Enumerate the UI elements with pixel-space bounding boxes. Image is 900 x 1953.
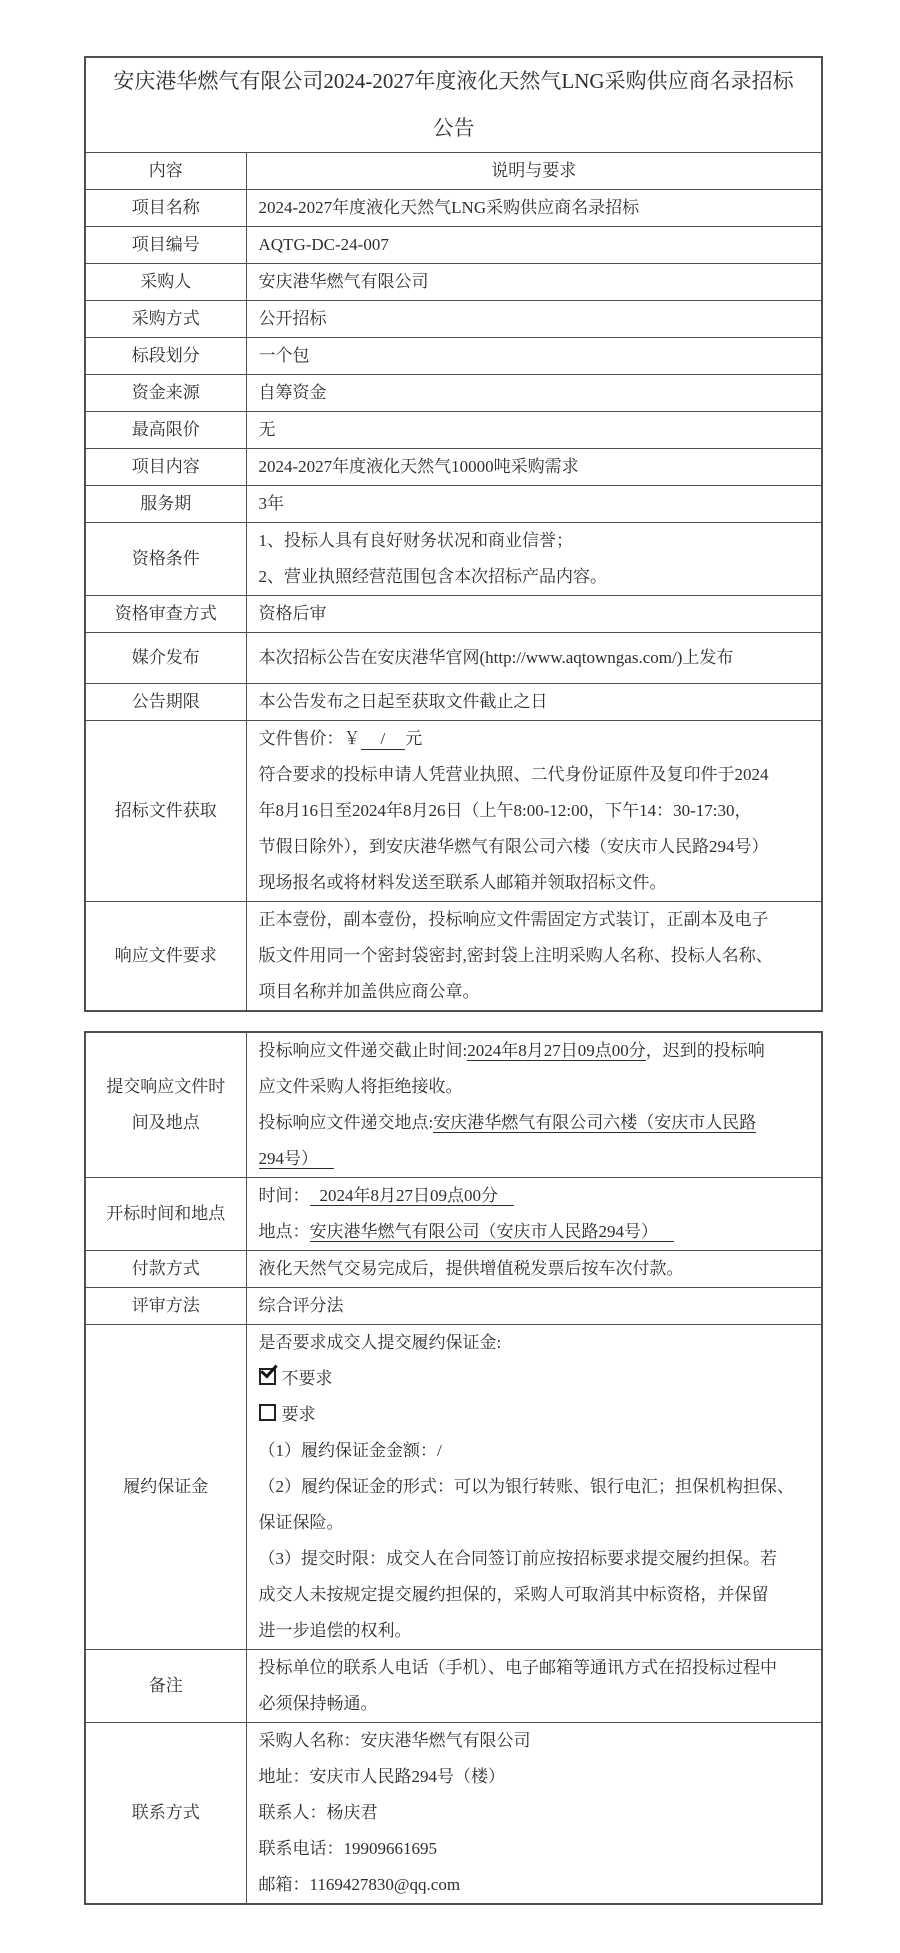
table-row: 媒介发布 本次招标公告在安庆港华官网(http://www.aqtowngas.…: [85, 633, 822, 684]
text-segment: 投标响应文件递交地点:: [259, 1113, 434, 1132]
text-line: 正本壹份，副本壹份，投标响应文件需固定方式装订，正副本及电子: [259, 902, 810, 938]
method-value: 公开招标: [246, 301, 822, 338]
document-body: 安庆港华燃气有限公司2024-2027年度液化天然气LNG采购供应商名录招标 公…: [0, 0, 900, 1905]
doc-acquisition-value: 文件售价：￥/元 符合要求的投标申请人凭营业执照、二代身份证原件及复印件于202…: [246, 721, 822, 902]
funds-value: 自筹资金: [246, 375, 822, 412]
service-period-label: 服务期: [85, 486, 246, 523]
project-no-value: AQTG-DC-24-007: [246, 227, 822, 264]
page-title: 安庆港华燃气有限公司2024-2027年度液化天然气LNG采购供应商名录招标 公…: [85, 57, 822, 153]
funds-label: 资金来源: [85, 375, 246, 412]
payment-value: 液化天然气交易完成后，提供增值税发票后按车次付款。: [246, 1251, 822, 1288]
title-line: 公告: [106, 105, 801, 152]
address-underlined: 294号）: [259, 1149, 335, 1169]
text-line: 符合要求的投标申请人凭营业执照、二代身份证原件及复印件于2024: [259, 757, 810, 793]
table-header-row: 内容 说明与要求: [85, 153, 822, 190]
evaluation-label: 评审方法: [85, 1288, 246, 1325]
text-line: 2、营业执照经营范围包含本次招标产品内容。: [259, 559, 810, 595]
table-row: 履约保证金 是否要求成交人提交履约保证金: 不要求 要求 （1）履约保证金金额：…: [85, 1325, 822, 1650]
submission-label: 提交响应文件时 间及地点: [85, 1032, 246, 1178]
price-cap-value: 无: [246, 412, 822, 449]
submission-value: 投标响应文件递交截止时间:2024年8月27日09点00分，迟到的投标响 应文件…: [246, 1032, 822, 1178]
text-line: 联系电话：19909661695: [259, 1831, 810, 1867]
deadline-underlined: 2024年8月27日09点00分: [467, 1041, 646, 1061]
text-line: 现场报名或将材料发送至联系人邮箱并领取招标文件。: [259, 865, 810, 901]
table-row: 联系方式 采购人名称：安庆港华燃气有限公司 地址：安庆市人民路294号（楼） 联…: [85, 1723, 822, 1905]
header-content: 内容: [85, 153, 246, 190]
opening-label: 开标时间和地点: [85, 1178, 246, 1251]
content-value: 2024-2027年度液化天然气10000吨采购需求: [246, 449, 822, 486]
bond-label: 履约保证金: [85, 1325, 246, 1650]
table-row: 资格审查方式 资格后审: [85, 596, 822, 633]
payment-label: 付款方式: [85, 1251, 246, 1288]
table-row: 采购人 安庆港华燃气有限公司: [85, 264, 822, 301]
text-line: 版文件用同一个密封袋密封,密封袋上注明采购人名称、投标人名称、: [259, 938, 810, 974]
text-line: 联系人：杨庆君: [259, 1795, 810, 1831]
bond-option-no: 不要求: [282, 1369, 333, 1388]
table-row: 备注 投标单位的联系人电话（手机）、电子邮箱等通讯方式在招投标过程中 必须保持畅…: [85, 1650, 822, 1723]
response-req-value: 正本壹份，副本壹份，投标响应文件需固定方式装订，正副本及电子 版文件用同一个密封…: [246, 902, 822, 1012]
header-requirements: 说明与要求: [246, 153, 822, 190]
title-line: 安庆港华燃气有限公司2024-2027年度液化天然气LNG采购供应商名录招标: [106, 58, 801, 105]
table-row: 公告期限 本公告发布之日起至获取文件截止之日: [85, 684, 822, 721]
qual-review-value: 资格后审: [246, 596, 822, 633]
table-row: 项目内容 2024-2027年度液化天然气10000吨采购需求: [85, 449, 822, 486]
opening-place-underlined: 安庆港华燃气有限公司（安庆市人民路294号）: [310, 1222, 675, 1242]
text-line: 1、投标人具有良好财务状况和商业信誉；: [259, 523, 810, 559]
remark-label: 备注: [85, 1650, 246, 1723]
text-line: 节假日除外），到安庆港华燃气有限公司六楼（安庆市人民路294号）: [259, 829, 810, 865]
tender-schedule-table: 提交响应文件时 间及地点 投标响应文件递交截止时间:2024年8月27日09点0…: [84, 1031, 823, 1905]
text-line: 是否要求成交人提交履约保证金:: [259, 1325, 810, 1361]
qualification-value: 1、投标人具有良好财务状况和商业信誉； 2、营业执照经营范围包含本次招标产品内容…: [246, 523, 822, 596]
text-line: 投标单位的联系人电话（手机）、电子邮箱等通讯方式在招投标过程中: [259, 1650, 810, 1686]
qualification-label: 资格条件: [85, 523, 246, 596]
text-line: 采购人名称：安庆港华燃气有限公司: [259, 1723, 810, 1759]
price-prefix: 文件售价：￥: [259, 729, 361, 748]
table-row: 标段划分 一个包: [85, 338, 822, 375]
opening-value: 时间：2024年8月27日09点00分 地点：安庆港华燃气有限公司（安庆市人民路…: [246, 1178, 822, 1251]
text-segment: 时间：: [259, 1186, 310, 1205]
content-label: 项目内容: [85, 449, 246, 486]
table-row: 最高限价 无: [85, 412, 822, 449]
text-line: 文件售价：￥/元: [259, 721, 810, 757]
table-row: 提交响应文件时 间及地点 投标响应文件递交截止时间:2024年8月27日09点0…: [85, 1032, 822, 1178]
text-line: 成交人未按规定提交履约担保的，采购人可取消其中标资格，并保留: [259, 1577, 810, 1613]
text-line: 保证保险。: [259, 1505, 810, 1541]
text-segment: 地点：: [259, 1222, 310, 1241]
media-label: 媒介发布: [85, 633, 246, 684]
table-row: 采购方式 公开招标: [85, 301, 822, 338]
text-line: 要求: [259, 1397, 810, 1433]
text-line: 邮箱：1169427830@qq.com: [259, 1867, 810, 1903]
text-line: 投标响应文件递交地点:安庆港华燃气有限公司六楼（安庆市人民路: [259, 1105, 810, 1141]
tender-info-table: 安庆港华燃气有限公司2024-2027年度液化天然气LNG采购供应商名录招标 公…: [84, 56, 823, 1012]
text-line: （3）提交时限：成交人在合同签订前应按招标要求提交履约担保。若: [259, 1541, 810, 1577]
label-line: 提交响应文件时: [92, 1069, 240, 1105]
purchaser-label: 采购人: [85, 264, 246, 301]
text-line: （2）履约保证金的形式：可以为银行转账、银行电汇；担保机构担保、: [259, 1469, 810, 1505]
table-row: 服务期 3年: [85, 486, 822, 523]
price-blank-line: /: [361, 729, 406, 750]
project-no-label: 项目编号: [85, 227, 246, 264]
text-line: 地址：安庆市人民路294号（楼）: [259, 1759, 810, 1795]
project-name-label: 项目名称: [85, 190, 246, 227]
service-period-value: 3年: [246, 486, 822, 523]
project-name-value: 2024-2027年度液化天然气LNG采购供应商名录招标: [246, 190, 822, 227]
contact-value: 采购人名称：安庆港华燃气有限公司 地址：安庆市人民路294号（楼） 联系人：杨庆…: [246, 1723, 822, 1905]
label-line: 间及地点: [92, 1105, 240, 1141]
bond-value: 是否要求成交人提交履约保证金: 不要求 要求 （1）履约保证金金额：/ （2）履…: [246, 1325, 822, 1650]
notice-period-value: 本公告发布之日起至获取文件截止之日: [246, 684, 822, 721]
table-row: 招标文件获取 文件售价：￥/元 符合要求的投标申请人凭营业执照、二代身份证原件及…: [85, 721, 822, 902]
table-row: 开标时间和地点 时间：2024年8月27日09点00分 地点：安庆港华燃气有限公…: [85, 1178, 822, 1251]
text-line: 不要求: [259, 1361, 810, 1397]
text-line: 应文件采购人将拒绝接收。: [259, 1069, 810, 1105]
purchaser-value: 安庆港华燃气有限公司: [246, 264, 822, 301]
text-line: 进一步追偿的权利。: [259, 1613, 810, 1649]
text-line: （1）履约保证金金额：/: [259, 1433, 810, 1469]
price-cap-label: 最高限价: [85, 412, 246, 449]
sections-label: 标段划分: [85, 338, 246, 375]
text-line: 投标响应文件递交截止时间:2024年8月27日09点00分，迟到的投标响: [259, 1033, 810, 1069]
checked-checkbox-icon: [259, 1368, 276, 1385]
table-row: 付款方式 液化天然气交易完成后，提供增值税发票后按车次付款。: [85, 1251, 822, 1288]
table-row: 评审方法 综合评分法: [85, 1288, 822, 1325]
tender-announcement-page: 安庆港华燃气有限公司2024-2027年度液化天然气LNG采购供应商名录招标 公…: [0, 0, 900, 1953]
table-row: 资格条件 1、投标人具有良好财务状况和商业信誉； 2、营业执照经营范围包含本次招…: [85, 523, 822, 596]
table-row: 项目编号 AQTG-DC-24-007: [85, 227, 822, 264]
response-req-label: 响应文件要求: [85, 902, 246, 1012]
text-segment: 投标响应文件递交截止时间:: [259, 1041, 468, 1060]
contact-label: 联系方式: [85, 1723, 246, 1905]
text-line: 地点：安庆港华燃气有限公司（安庆市人民路294号）: [259, 1214, 810, 1250]
doc-acquisition-label: 招标文件获取: [85, 721, 246, 902]
unchecked-checkbox-icon: [259, 1404, 276, 1421]
bond-option-yes: 要求: [282, 1405, 316, 1424]
text-line: 294号）: [259, 1141, 810, 1177]
text-line: 年8月16日至2024年8月26日（上午8:00-12:00，下午14：30-1…: [259, 793, 810, 829]
media-value: 本次招标公告在安庆港华官网(http://www.aqtowngas.com/)…: [246, 633, 822, 684]
text-line: 时间：2024年8月27日09点00分: [259, 1178, 810, 1214]
method-label: 采购方式: [85, 301, 246, 338]
address-underlined: 安庆港华燃气有限公司六楼（安庆市人民路: [433, 1113, 756, 1133]
remark-value: 投标单位的联系人电话（手机）、电子邮箱等通讯方式在招投标过程中 必须保持畅通。: [246, 1650, 822, 1723]
opening-time-underlined: 2024年8月27日09点00分: [310, 1186, 515, 1206]
text-line: 项目名称并加盖供应商公章。: [259, 974, 810, 1010]
table-row: 资金来源 自筹资金: [85, 375, 822, 412]
notice-period-label: 公告期限: [85, 684, 246, 721]
text-line: 必须保持畅通。: [259, 1686, 810, 1722]
text-segment: ，迟到的投标响: [646, 1041, 765, 1060]
evaluation-value: 综合评分法: [246, 1288, 822, 1325]
table-row: 安庆港华燃气有限公司2024-2027年度液化天然气LNG采购供应商名录招标 公…: [85, 57, 822, 153]
table-row: 项目名称 2024-2027年度液化天然气LNG采购供应商名录招标: [85, 190, 822, 227]
qual-review-label: 资格审查方式: [85, 596, 246, 633]
sections-value: 一个包: [246, 338, 822, 375]
price-suffix: 元: [405, 729, 422, 748]
table-row: 响应文件要求 正本壹份，副本壹份，投标响应文件需固定方式装订，正副本及电子 版文…: [85, 902, 822, 1012]
